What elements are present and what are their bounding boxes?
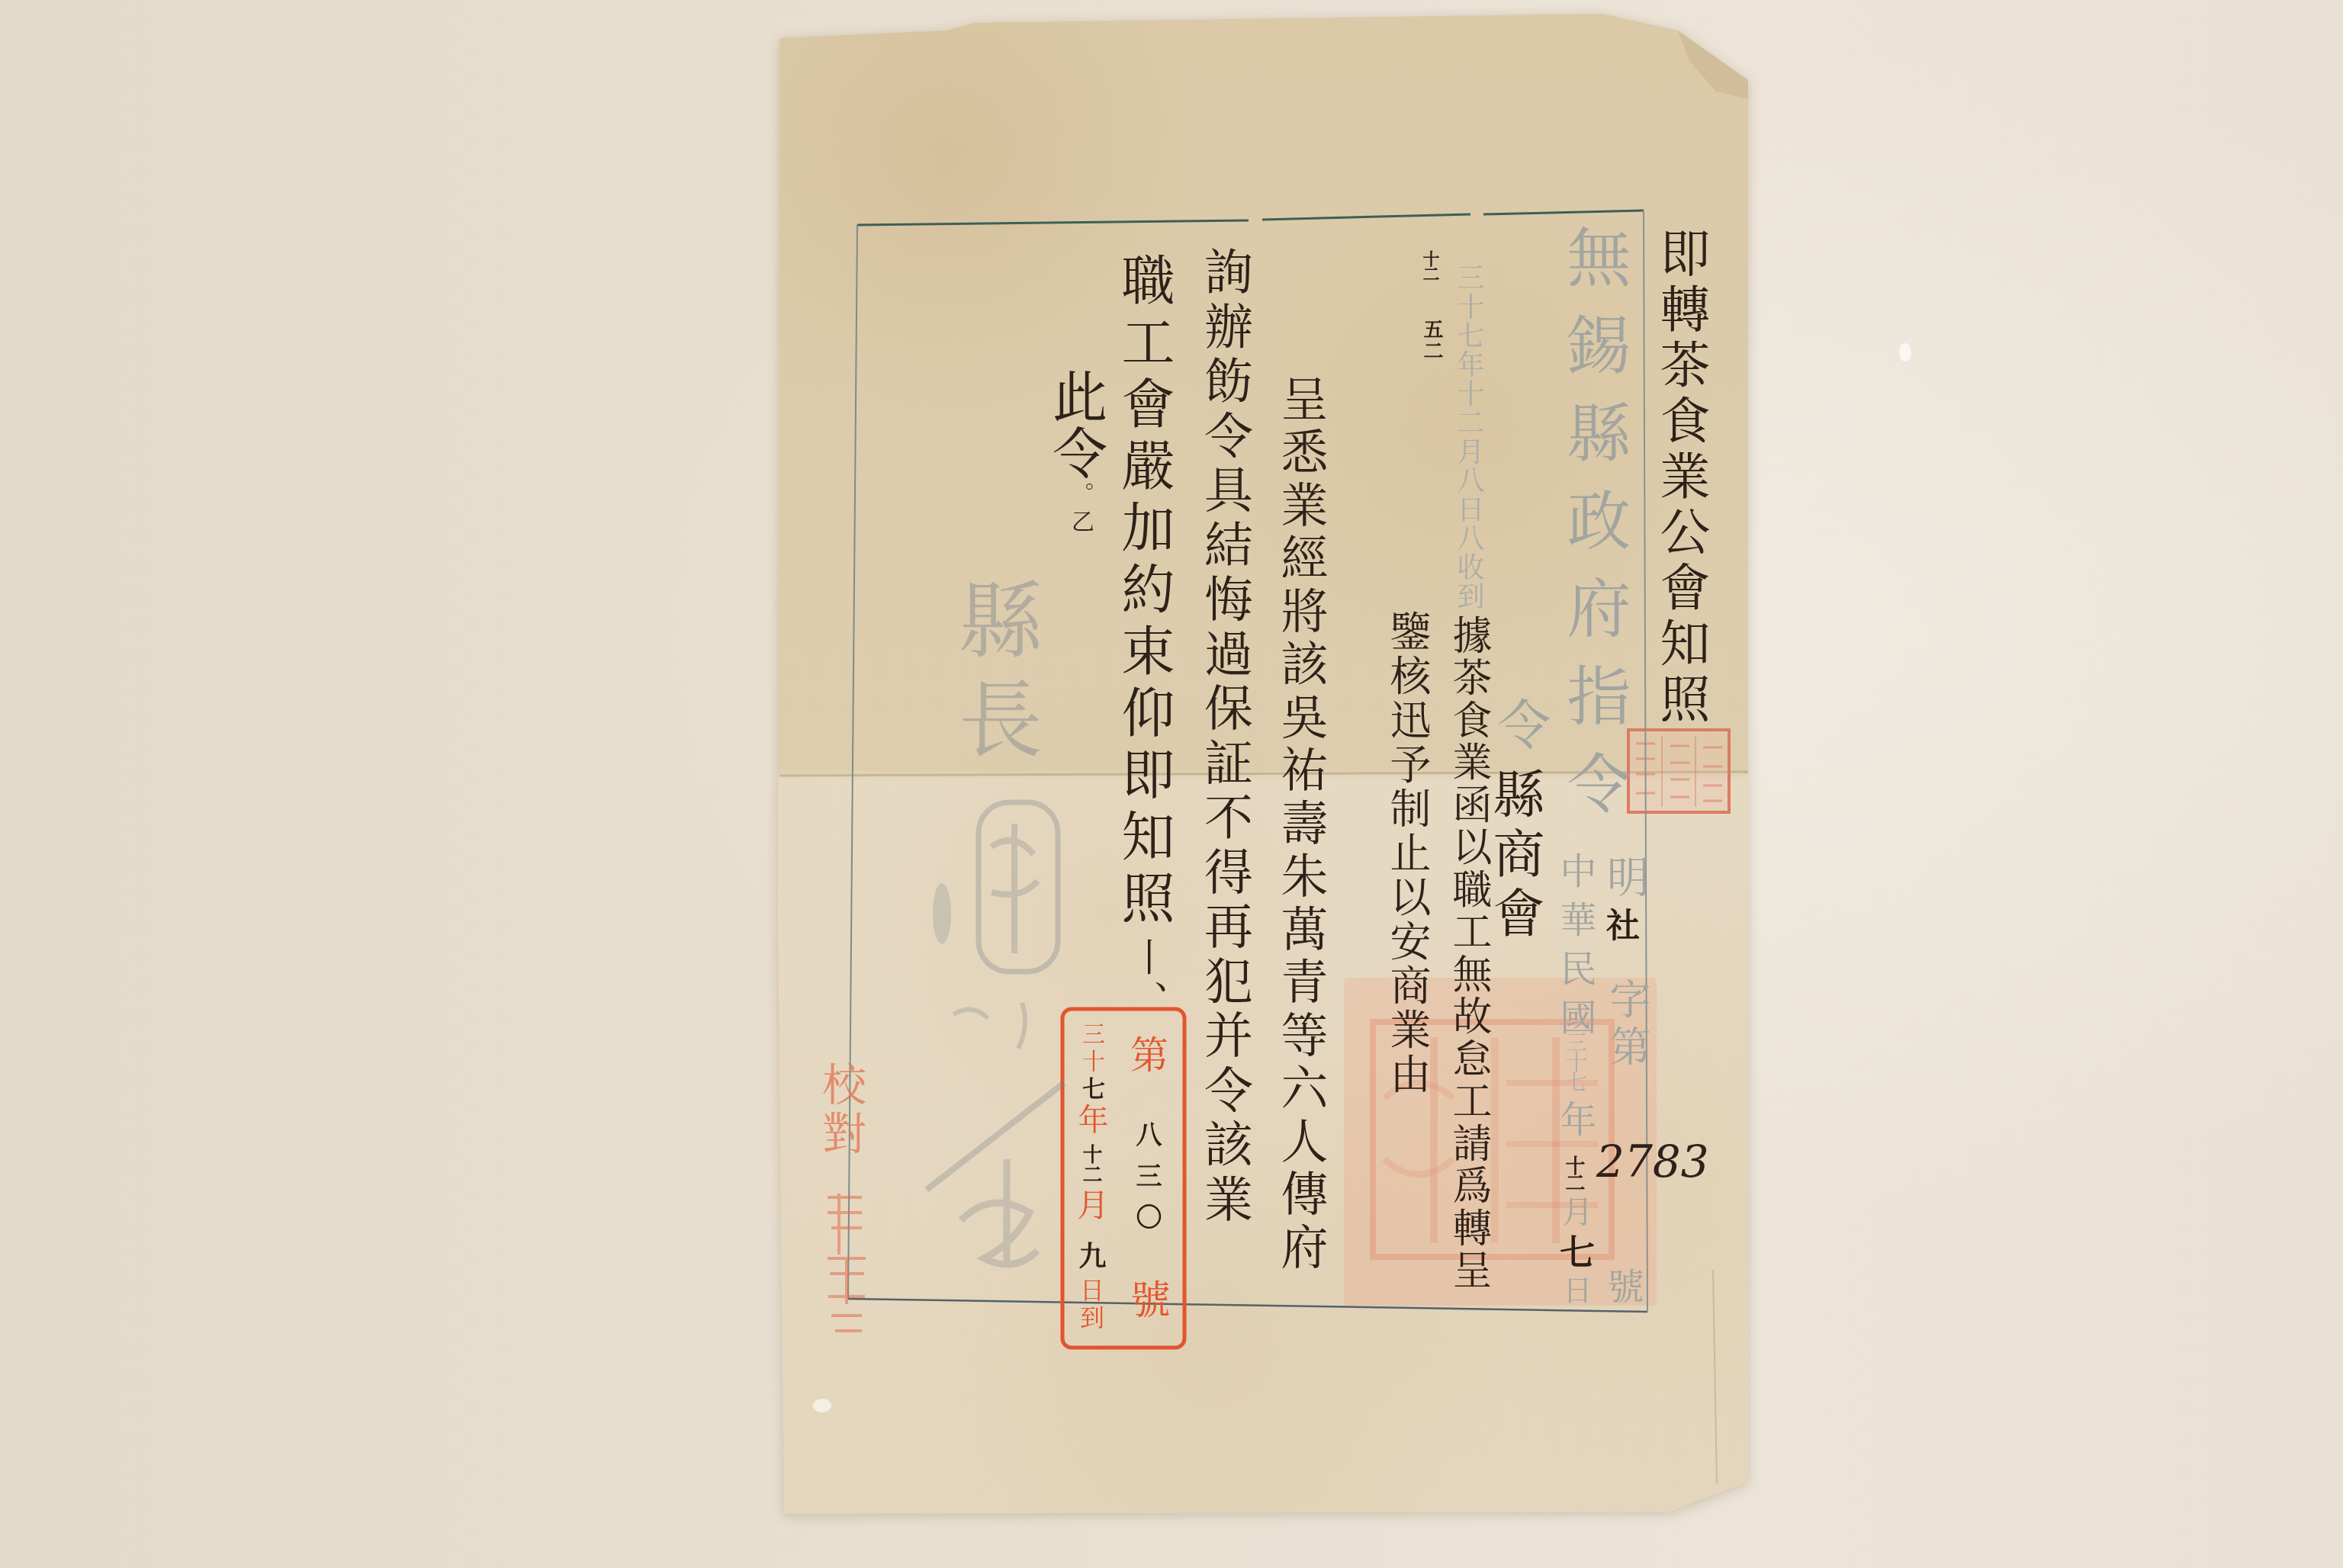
issuer-title: 無錫縣政府指令 (1562, 224, 1626, 838)
doc-number-series: 社 (1602, 908, 1636, 941)
date-era: 中華民國 (1557, 852, 1593, 1047)
doc-number-suffix: 號 (1604, 1268, 1641, 1304)
body-end-marks: 丨、 (1127, 937, 1165, 1023)
signatory-title: 縣長 (952, 577, 1036, 775)
subject-line-2: 鑒核迅予制止以安商業由 (1387, 610, 1428, 1097)
receipt-stamp-day-unit: 日到 (1078, 1277, 1103, 1332)
receipt-stamp-suffix: 號 (1127, 1279, 1166, 1319)
receipt-stamp-prefix: 第 (1127, 1035, 1165, 1073)
receipt-stamp-year: 七 (1079, 1077, 1102, 1100)
date-year: 三十七 (1564, 1031, 1586, 1091)
date-year-unit: 年 (1557, 1100, 1593, 1137)
ink-mark-top: 十二 (1422, 250, 1438, 281)
receipt-stamp-day: 九 (1077, 1242, 1104, 1269)
doc-number-value: 2783 (1596, 1139, 1709, 1184)
body-line-2: 詢辦飭令具結悔過保証不得再犯并令該業 (1200, 246, 1249, 1228)
closing-phrase: 此令 (1048, 368, 1103, 481)
closing-marks: 。乙 (1069, 482, 1091, 537)
receipt-stamp-month-unit: 月 (1075, 1188, 1107, 1220)
date-month-unit: 月 (1560, 1196, 1590, 1226)
pencil-receipt-note: 三十七年十二月八日八收到 (1454, 263, 1482, 611)
proofread-stamp-label: 校對 (818, 1062, 863, 1159)
subject-line-1: 據茶食業函以職工無故怠工請爲轉呈 (1448, 615, 1488, 1292)
body-line-3: 職工會嚴加約束仰即知照 (1117, 252, 1171, 932)
receipt-stamp-number: 八三〇 (1133, 1121, 1159, 1245)
body-line-1: 呈悉業經將該吳祐壽朱萬青等六人傳府 (1277, 374, 1324, 1276)
ink-mark-bottom: 五二 (1422, 319, 1441, 361)
receipt-stamp-year-prefix: 三十 (1079, 1022, 1102, 1077)
glare-spot (1899, 343, 1911, 361)
recipient: 縣商會 (1488, 767, 1540, 946)
date-day: 七 (1557, 1234, 1593, 1269)
margin-note: 即轉茶食業公會知照 (1655, 227, 1705, 728)
receipt-stamp-year-unit: 年 (1075, 1104, 1106, 1134)
order-label: 令 (1493, 697, 1547, 750)
date-day-unit: 日 (1560, 1275, 1589, 1304)
doc-number-label: 字第 (1606, 978, 1647, 1072)
doc-number-prefix: 明 (1603, 855, 1646, 898)
receipt-stamp-month: 十二 (1081, 1144, 1101, 1184)
date-month: 十二 (1564, 1155, 1583, 1189)
